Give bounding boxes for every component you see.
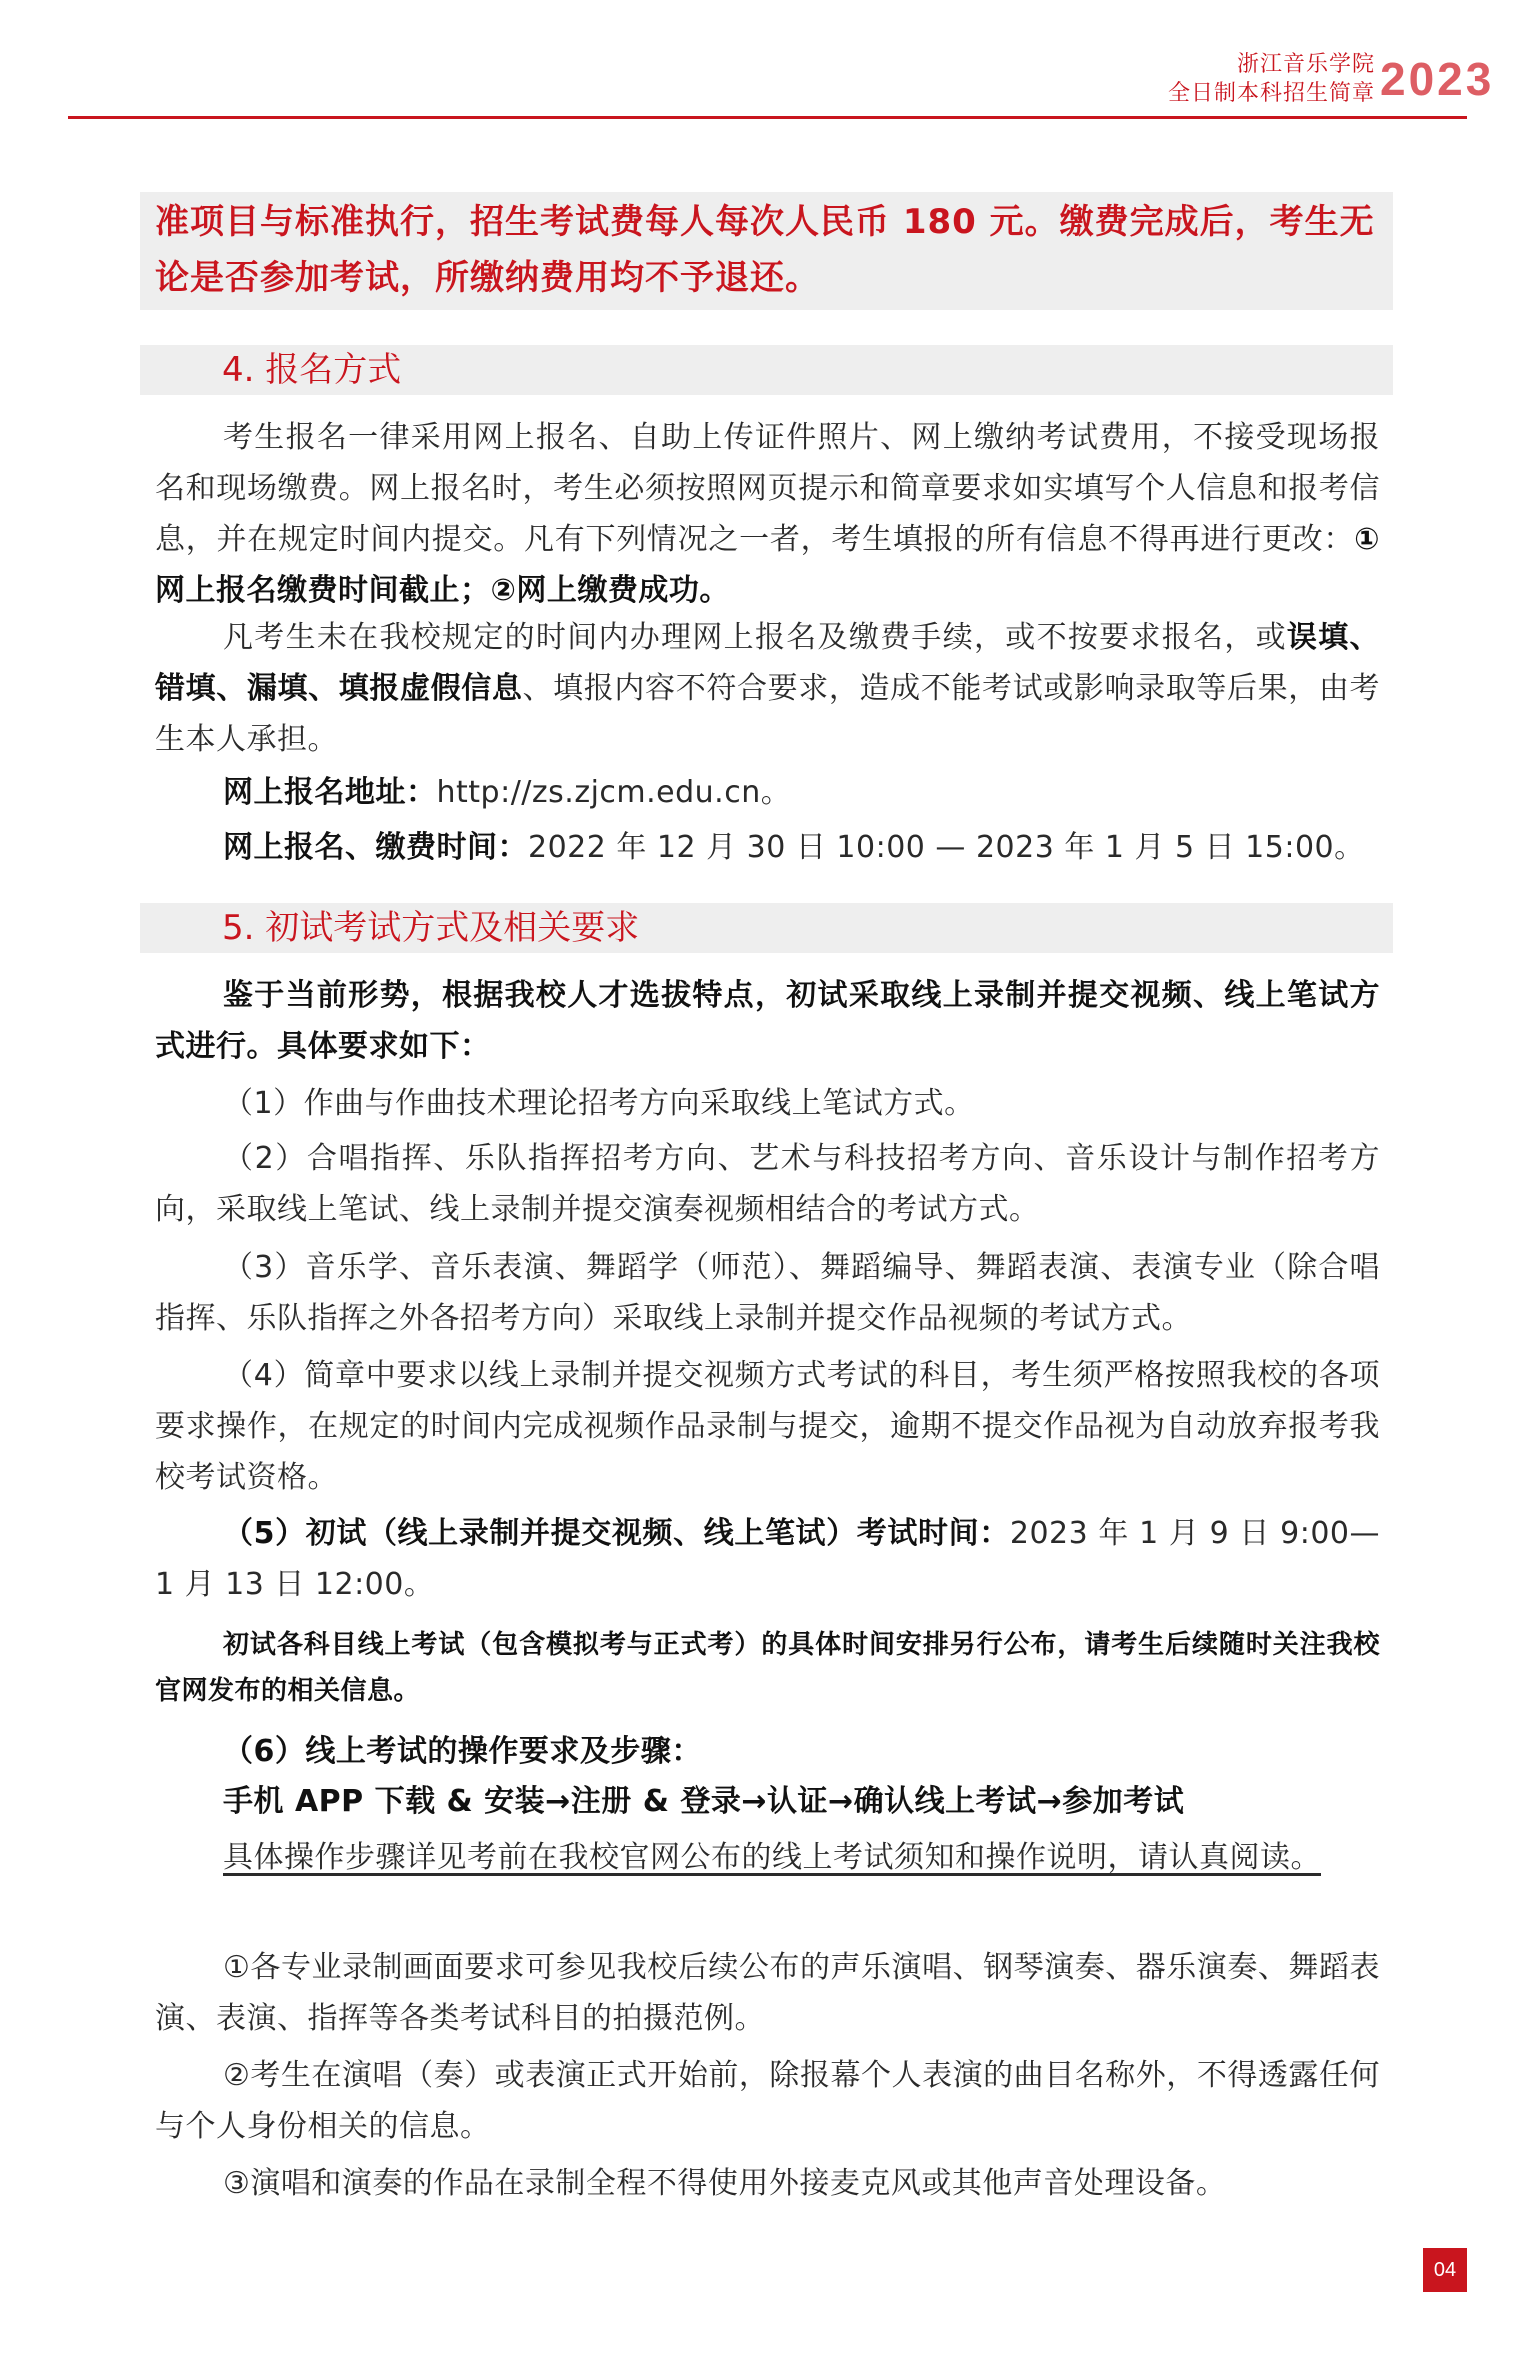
school-name: 浙江音乐学院 bbox=[1168, 50, 1375, 79]
exam-schedule-notice: 初试各科目线上考试（包含模拟考与正式考）的具体时间安排另行公布，请考生后续随时关… bbox=[155, 1622, 1380, 1714]
recording-rule-1: ①各专业录制画面要求可参见我校后续公布的声乐演唱、钢琴演奏、器乐演奏、舞蹈表演、… bbox=[155, 1942, 1380, 2044]
registration-url-line: 网上报名地址：http://zs.zjcm.edu.cn。 bbox=[155, 767, 1380, 818]
section-4-paragraph-2: 凡考生未在我校规定的时间内办理网上报名及缴费手续，或不按要求报名，或误填、错填、… bbox=[155, 612, 1380, 765]
page-number: 04 bbox=[1423, 2248, 1467, 2292]
section-4-title: 4. 报名方式 bbox=[222, 345, 401, 395]
exam-item-6-label: （6）线上考试的操作要求及步骤： bbox=[155, 1726, 1380, 1777]
header-divider bbox=[68, 116, 1467, 119]
section-4-paragraph-1: 考生报名一律采用网上报名、自助上传证件照片、网上缴纳考试费用，不接受现场报名和现… bbox=[155, 412, 1380, 616]
exam-instructions-note: 具体操作步骤详见考前在我校官网公布的线上考试须知和操作说明，请认真阅读。 bbox=[155, 1832, 1380, 1883]
exam-item-3: （3）音乐学、音乐表演、舞蹈学（师范）、舞蹈编导、舞蹈表演、表演专业（除合唱指挥… bbox=[155, 1242, 1380, 1344]
section-5-title: 5. 初试考试方式及相关要求 bbox=[222, 903, 639, 953]
registration-time-label: 网上报名、缴费时间： bbox=[223, 830, 528, 865]
exam-item-1: （1）作曲与作曲技术理论招考方向采取线上笔试方式。 bbox=[155, 1078, 1380, 1129]
registration-url-link[interactable]: http://zs.zjcm.edu.cn。 bbox=[437, 775, 792, 810]
recording-rule-3: ③演唱和演奏的作品在录制全程不得使用外接麦克风或其他声音处理设备。 bbox=[155, 2158, 1380, 2209]
exam-time-label: （5）初试（线上录制并提交视频、线上笔试）考试时间： bbox=[223, 1516, 1010, 1551]
exam-steps-flow: 手机 APP 下载 & 安装→注册 & 登录→认证→确认线上考试→参加考试 bbox=[155, 1776, 1380, 1827]
exam-item-2: （2）合唱指挥、乐队指挥招考方向、艺术与科技招考方向、音乐设计与制作招考方向，采… bbox=[155, 1133, 1380, 1235]
registration-url-label: 网上报名地址： bbox=[223, 775, 437, 810]
recording-rule-2: ②考生在演唱（奏）或表演正式开始前，除报幕个人表演的曲目名称外，不得透露任何与个… bbox=[155, 2050, 1380, 2152]
year-mark: 2023 bbox=[1380, 52, 1494, 106]
exam-item-5: （5）初试（线上录制并提交视频、线上笔试）考试时间：2023 年 1 月 9 日… bbox=[155, 1508, 1380, 1610]
fee-notice-text: 准项目与标准执行，招生考试费每人每次人民币 180 元。缴费完成后，考生无论是否… bbox=[155, 194, 1385, 306]
brochure-title: 浙江音乐学院 全日制本科招生简章 bbox=[1168, 50, 1375, 108]
brochure-subtitle: 全日制本科招生简章 bbox=[1168, 79, 1375, 108]
section-5-intro: 鉴于当前形势，根据我校人才选拔特点，初试采取线上录制并提交视频、线上笔试方式进行… bbox=[155, 970, 1380, 1072]
registration-time-line: 网上报名、缴费时间：2022 年 12 月 30 日 10:00 — 2023 … bbox=[155, 822, 1380, 873]
registration-time-value: 2022 年 12 月 30 日 10:00 — 2023 年 1 月 5 日 … bbox=[528, 830, 1365, 865]
exam-item-4: （4）简章中要求以线上录制并提交视频方式考试的科目，考生须严格按照我校的各项要求… bbox=[155, 1350, 1380, 1503]
